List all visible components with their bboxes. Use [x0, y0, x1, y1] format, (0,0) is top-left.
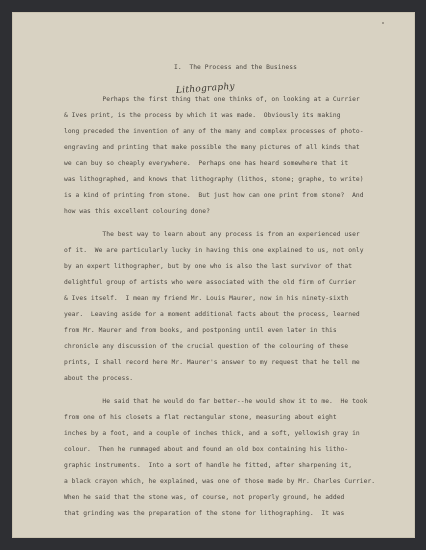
text-line: is a kind of printing from stone. But ju… [64, 192, 364, 200]
text-line: He said that he would do far better--he … [64, 398, 367, 406]
text-line: how was this excellent colouring done? [64, 208, 210, 216]
text-line: colour. Then he rummaged about and found… [64, 446, 348, 454]
text-line: by an expert lithographer, but by one wh… [64, 263, 352, 271]
section-heading: I. The Process and the Business [174, 64, 297, 71]
text-line: & Ives itself. I mean my friend Mr. Loui… [64, 295, 348, 303]
text-line: of it. We are particularly lucky in havi… [64, 247, 364, 255]
handwritten-annotation: Lithography [176, 82, 236, 96]
text-line: that grinding was the preparation of the… [64, 510, 344, 518]
text-line: long preceded the invention of any of th… [64, 128, 364, 136]
text-line: from Mr. Maurer and from books, and post… [64, 327, 337, 335]
text-line: When he said that the stone was, of cour… [64, 494, 344, 502]
page-text: I. The Process and the Business Lithogra… [12, 12, 415, 538]
text-line: a black crayon which, he explained, was … [64, 478, 375, 486]
text-line: about the process. [64, 375, 133, 383]
text-line: The best way to learn about any process … [64, 231, 360, 239]
typewritten-page: I. The Process and the Business Lithogra… [12, 12, 415, 538]
paper-speck [382, 22, 384, 24]
text-line: engraving and printing that make possibl… [64, 144, 360, 152]
text-line: inches by a foot, and a couple of inches… [64, 430, 360, 438]
text-line: graphic instruments. Into a sort of hand… [64, 462, 352, 470]
text-line: prints, I shall record here Mr. Maurer's… [64, 359, 360, 367]
text-line: & Ives print, is the process by which it… [64, 112, 341, 120]
text-line: was lithographed, and knows that lithogr… [64, 176, 364, 184]
text-line: year. Leaving aside for a moment additio… [64, 311, 360, 319]
text-line: delightful group of artists who were ass… [64, 279, 356, 287]
text-line: Perhaps the first thing that one thinks … [64, 96, 360, 104]
text-line: chronicle any discussion of the crucial … [64, 343, 348, 351]
text-line: we can buy so cheaply everywhere. Perhap… [64, 160, 348, 168]
text-line: from one of his closets a flat rectangul… [64, 414, 337, 422]
